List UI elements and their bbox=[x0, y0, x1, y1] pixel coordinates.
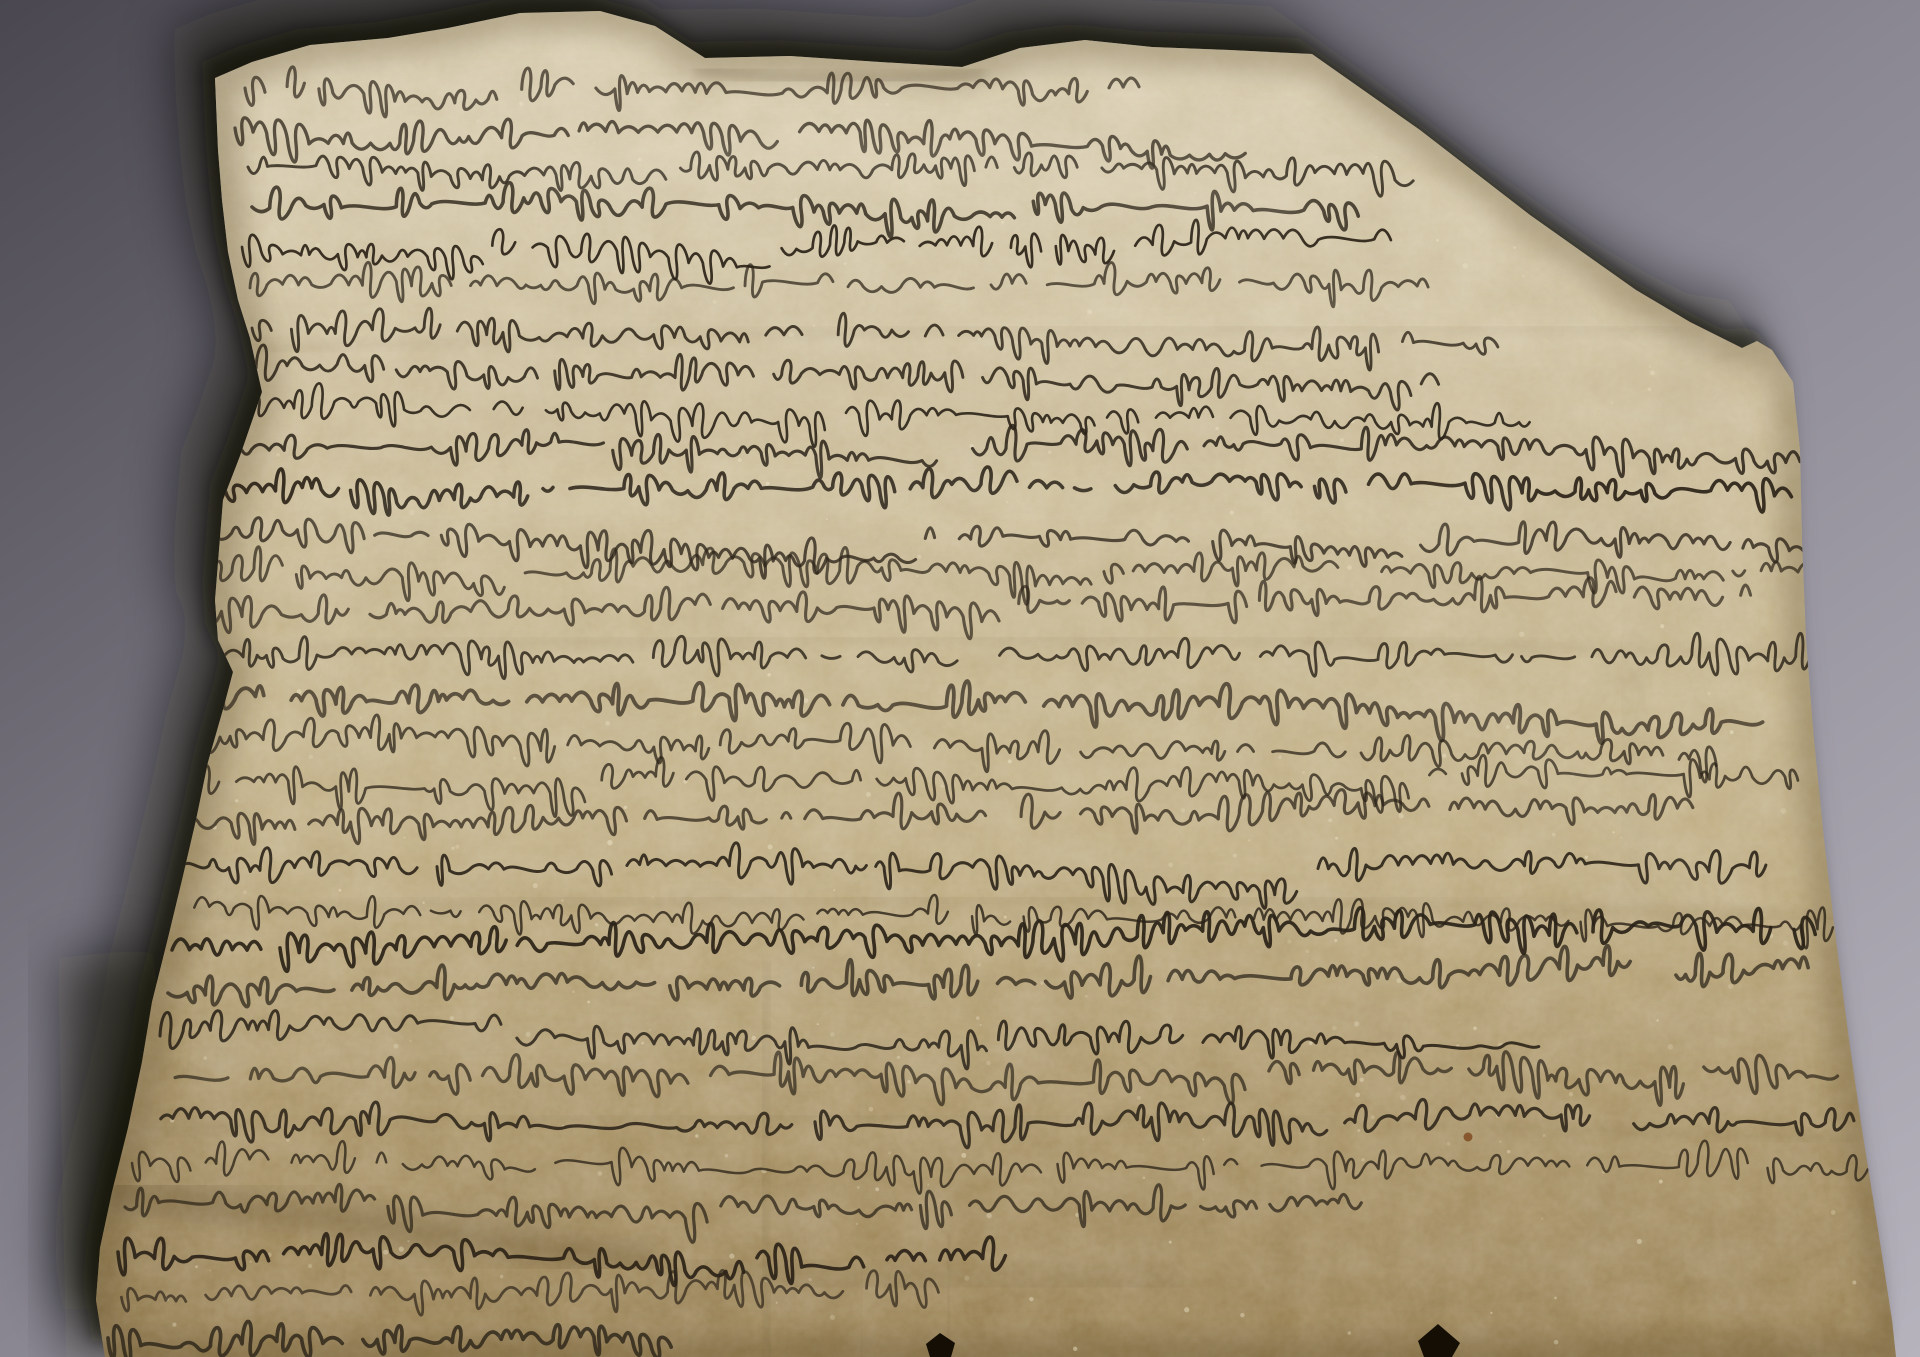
speckle-dot bbox=[1202, 1138, 1204, 1140]
speckle-dot bbox=[309, 755, 313, 759]
speckle-dot bbox=[593, 141, 595, 143]
speckle-dot bbox=[1637, 1239, 1642, 1244]
speckle-dot bbox=[1585, 855, 1588, 858]
speckle-dot bbox=[785, 263, 787, 265]
speckle-dot bbox=[1340, 438, 1344, 442]
speckle-dot bbox=[235, 799, 238, 802]
speckle-dot bbox=[407, 1240, 409, 1242]
sheen-streak bbox=[330, 497, 1500, 525]
speckle-dot bbox=[1040, 981, 1043, 984]
speckle-dot bbox=[917, 555, 921, 559]
speckle-dot bbox=[776, 1302, 778, 1304]
speckle-dot bbox=[243, 890, 247, 894]
speckle-dot bbox=[1436, 239, 1439, 242]
speckle-dot bbox=[1375, 156, 1377, 158]
speckle-dot bbox=[916, 575, 918, 577]
speckle-dot bbox=[927, 1184, 929, 1186]
speckle-dot bbox=[1612, 831, 1614, 833]
speckle-dot bbox=[605, 721, 610, 726]
speckle-dot bbox=[813, 325, 815, 327]
speckle-dot bbox=[1728, 984, 1733, 989]
speckle-dot bbox=[830, 1315, 835, 1320]
speckle-dot bbox=[1004, 916, 1007, 919]
speckle-dot bbox=[729, 1253, 734, 1258]
speckle-dot bbox=[403, 836, 406, 839]
speckle-dot bbox=[1541, 1217, 1544, 1220]
speckle-dot bbox=[1507, 1150, 1511, 1154]
speckle-dot bbox=[598, 1171, 602, 1175]
speckle-dot bbox=[986, 1213, 991, 1218]
speckle-dot bbox=[980, 1024, 982, 1026]
speckle-dot bbox=[451, 847, 454, 850]
speckle-dot bbox=[624, 806, 627, 809]
speckle-dot bbox=[1347, 565, 1352, 570]
speckle-dot bbox=[477, 119, 480, 122]
speckle-dot bbox=[833, 889, 835, 891]
speckle-dot bbox=[1240, 1313, 1244, 1317]
speckle-dot bbox=[1554, 1297, 1557, 1300]
speckle-dot bbox=[1169, 1241, 1172, 1244]
speckle-dot bbox=[286, 1138, 290, 1142]
speckle-dot bbox=[1659, 1180, 1663, 1184]
speckle-dot bbox=[290, 283, 295, 288]
speckle-dot bbox=[978, 338, 981, 341]
speckle-dot bbox=[1513, 246, 1516, 249]
speckle-dot bbox=[1278, 756, 1281, 759]
speckle-dot bbox=[455, 844, 459, 848]
rust-spot bbox=[1464, 1133, 1473, 1142]
speckle-dot bbox=[572, 990, 575, 993]
speckle-dot bbox=[888, 1151, 891, 1154]
speckle-dot bbox=[869, 1107, 874, 1112]
speckle-dot bbox=[1707, 692, 1710, 695]
speckle-dot bbox=[885, 103, 889, 107]
speckle-dot bbox=[1335, 837, 1338, 840]
speckle-dot bbox=[1554, 1340, 1559, 1345]
speckle-dot bbox=[249, 1260, 251, 1262]
speckle-dot bbox=[1783, 941, 1788, 946]
speckle-dot bbox=[1781, 808, 1787, 814]
manuscript-photograph bbox=[0, 0, 1920, 1357]
speckle-dot bbox=[1473, 1026, 1477, 1030]
speckle-dot bbox=[794, 198, 797, 201]
speckle-dot bbox=[1137, 1096, 1141, 1100]
speckle-dot bbox=[1499, 1141, 1501, 1143]
speckle-dot bbox=[607, 840, 612, 845]
speckle-dot bbox=[1248, 839, 1250, 841]
speckle-dot bbox=[1399, 813, 1404, 818]
speckle-dot bbox=[1143, 1177, 1146, 1180]
speckle-dot bbox=[1354, 1021, 1359, 1026]
speckle-dot bbox=[1008, 759, 1012, 763]
speckle-dot bbox=[1073, 1347, 1077, 1351]
speckle-dot bbox=[377, 948, 382, 953]
speckle-dot bbox=[1347, 1331, 1351, 1335]
speckle-dot bbox=[1852, 1281, 1856, 1285]
speckle-dot bbox=[1447, 1142, 1451, 1146]
speckle-dot bbox=[1181, 808, 1185, 812]
speckle-dot bbox=[1328, 818, 1332, 822]
speckle-dot bbox=[1371, 1115, 1375, 1119]
speckle-dot bbox=[645, 949, 647, 951]
speckle-dot bbox=[1650, 370, 1655, 375]
speckle-dot bbox=[1400, 1095, 1406, 1101]
speckle-dot bbox=[1552, 833, 1556, 837]
sheen-streak bbox=[210, 1039, 1010, 1060]
speckle-dot bbox=[276, 453, 280, 457]
speckle-dot bbox=[961, 1153, 966, 1158]
speckle-dot bbox=[359, 717, 362, 720]
speckle-dot bbox=[1001, 221, 1004, 224]
speckle-dot bbox=[1309, 1042, 1312, 1045]
speckle-dot bbox=[330, 318, 334, 322]
speckle-dot bbox=[1306, 949, 1310, 953]
speckle-dot bbox=[308, 1264, 312, 1268]
speckle-dot bbox=[1522, 275, 1525, 278]
speckle-dot bbox=[907, 1080, 911, 1084]
speckle-dot bbox=[533, 883, 538, 888]
speckle-dot bbox=[1610, 401, 1613, 404]
speckle-dot bbox=[1206, 884, 1208, 886]
speckle-dot bbox=[209, 1269, 211, 1271]
speckle-dot bbox=[875, 1187, 879, 1191]
speckle-dot bbox=[513, 757, 516, 760]
speckle-dot bbox=[500, 1275, 503, 1278]
speckle-dot bbox=[767, 673, 771, 677]
speckle-dot bbox=[326, 948, 329, 951]
speckle-dot bbox=[1649, 365, 1652, 368]
speckle-dot bbox=[1287, 939, 1291, 943]
speckle-dot bbox=[1168, 863, 1173, 868]
speckle-dot bbox=[587, 1000, 590, 1003]
speckle-dot bbox=[1730, 730, 1734, 734]
speckle-dot bbox=[713, 300, 717, 304]
speckle-dot bbox=[1329, 1060, 1331, 1062]
speckle-dot bbox=[857, 1186, 860, 1189]
speckle-dot bbox=[866, 792, 871, 797]
speckle-dot bbox=[844, 262, 847, 265]
speckle-dot bbox=[856, 119, 860, 123]
speckle-dot bbox=[1085, 995, 1087, 997]
speckle-dot bbox=[1302, 771, 1305, 774]
speckle-dot bbox=[729, 268, 731, 270]
speckle-dot bbox=[1660, 624, 1664, 628]
speckle-dot bbox=[1656, 1019, 1658, 1021]
crease-line bbox=[861, 1270, 862, 1357]
speckle-dot bbox=[978, 963, 981, 966]
speckle-dot bbox=[195, 1265, 198, 1268]
speckle-dot bbox=[172, 1322, 176, 1326]
speckle-dot bbox=[695, 1134, 698, 1137]
speckle-dot bbox=[1332, 1026, 1337, 1031]
speckle-dot bbox=[1519, 631, 1524, 636]
speckle-dot bbox=[1490, 1312, 1492, 1314]
speckle-dot bbox=[768, 844, 773, 849]
speckle-dot bbox=[1334, 939, 1337, 942]
manuscript-photo-canvas bbox=[0, 0, 1920, 1357]
speckle-dot bbox=[976, 1016, 979, 1019]
speckle-dot bbox=[383, 1250, 388, 1255]
speckle-dot bbox=[1029, 1297, 1033, 1301]
speckle-dot bbox=[1543, 1134, 1546, 1137]
speckle-dot bbox=[725, 1154, 729, 1158]
speckle-dot bbox=[519, 102, 523, 106]
speckle-dot bbox=[1569, 1092, 1573, 1096]
speckle-dot bbox=[738, 458, 742, 462]
speckle-dot bbox=[1359, 1078, 1364, 1083]
speckle-dot bbox=[1668, 1044, 1673, 1049]
speckle-dot bbox=[1355, 1092, 1360, 1097]
speckle-dot bbox=[1184, 1307, 1189, 1312]
speckle-dot bbox=[399, 1246, 404, 1251]
speckle-dot bbox=[1647, 387, 1651, 391]
speckle-dot bbox=[595, 923, 598, 926]
speckle-dot bbox=[1357, 1129, 1360, 1132]
speckle-dot bbox=[1442, 754, 1446, 758]
speckle-dot bbox=[1233, 854, 1237, 858]
speckle-dot bbox=[1048, 450, 1052, 454]
speckle-dot bbox=[812, 967, 814, 969]
speckle-dot bbox=[1831, 1210, 1836, 1215]
speckle-dot bbox=[1215, 427, 1219, 431]
speckle-dot bbox=[941, 785, 944, 788]
speckle-dot bbox=[1463, 263, 1468, 268]
speckle-dot bbox=[316, 243, 321, 248]
speckle-dot bbox=[1361, 1158, 1365, 1162]
speckle-dot bbox=[856, 1223, 859, 1226]
speckle-dot bbox=[338, 889, 341, 892]
